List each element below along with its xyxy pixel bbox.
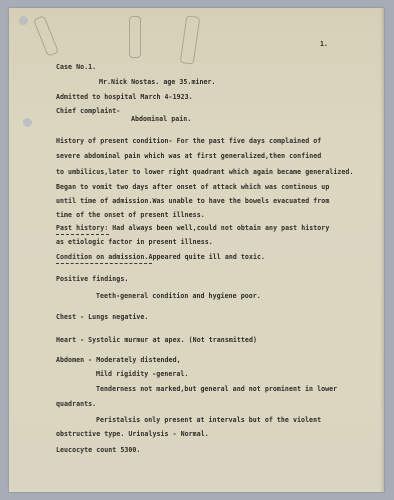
staple-mark bbox=[180, 15, 201, 64]
findings-heading: Positive findings. bbox=[56, 275, 128, 283]
findings-chest: Chest - Lungs negative. bbox=[56, 313, 148, 321]
staple-mark bbox=[129, 16, 141, 58]
findings-leucocyte: Leucocyte count 5300. bbox=[56, 446, 140, 454]
findings-teeth: Teeth-general condition and hygiene poor… bbox=[96, 292, 261, 300]
history-line: severe abdominal pain which was at first… bbox=[56, 152, 321, 160]
paperclip-mark bbox=[33, 15, 59, 57]
past-history-line: Past history: Had always been well,could… bbox=[56, 224, 329, 232]
history-line: History of present condition- For the pa… bbox=[56, 137, 321, 145]
findings-heart: Heart - Systolic murmur at apex. (Not tr… bbox=[56, 336, 257, 344]
history-line: Began to vomit two days after onset of a… bbox=[56, 183, 329, 191]
findings-abdomen: Abdomen - Moderately distended, bbox=[56, 356, 181, 364]
admission-date: Admitted to hospital March 4-1923. bbox=[56, 93, 193, 101]
case-title: Case No.1. bbox=[56, 63, 96, 71]
findings-peristalsis: obstructive type. Urinalysis - Normal. bbox=[56, 430, 209, 438]
condition-on-admission: Condition on admission.Appeared quite il… bbox=[56, 253, 265, 261]
page-number: 1. bbox=[320, 40, 328, 48]
condition-underline bbox=[56, 263, 152, 264]
patient-info: Mr.Nick Nostas. age 35.miner. bbox=[99, 78, 216, 86]
findings-abdomen: quadrants. bbox=[56, 400, 96, 408]
punch-hole bbox=[23, 118, 32, 127]
punch-hole bbox=[19, 16, 28, 25]
history-line: time of the onset of present illness. bbox=[56, 211, 205, 219]
findings-abdomen: Tenderness not marked,but general and no… bbox=[96, 385, 337, 393]
past-history-line: as etiologic factor in present illness. bbox=[56, 238, 213, 246]
history-line: until time of admission.Was unable to ha… bbox=[56, 197, 329, 205]
chief-complaint: Abdominal pain. bbox=[131, 115, 191, 123]
chief-complaint-label: Chief complaint- bbox=[56, 107, 120, 115]
history-line: to umbilicus,later to lower right quadra… bbox=[56, 168, 353, 176]
past-history-underline bbox=[56, 234, 109, 235]
findings-peristalsis: Peristalsis only present at intervals bu… bbox=[96, 416, 321, 424]
findings-abdomen: Mild rigidity -general. bbox=[96, 370, 188, 378]
